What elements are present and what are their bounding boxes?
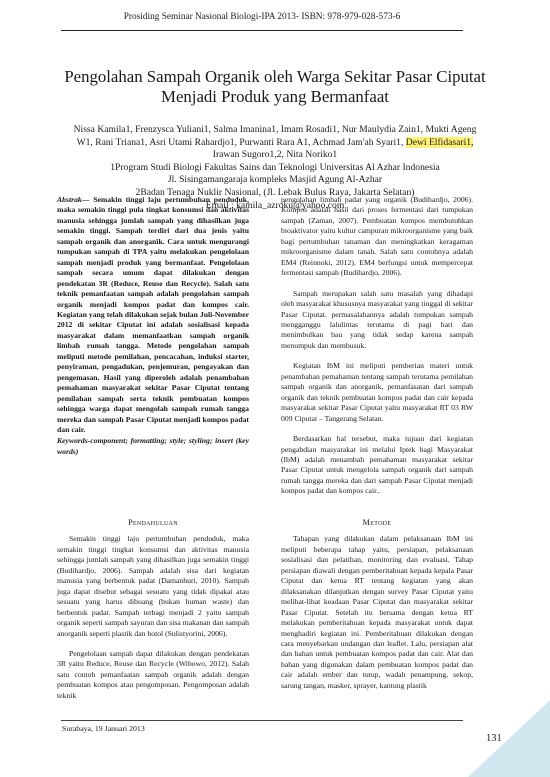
paragraph: Kegiatan IbM ini meliputi pemberian mate… [281,361,473,424]
paragraph: Sampah merupakan salah satu masalah yang… [281,289,473,352]
affiliation-1: 1Program Studi Biologi Fakultas Sains da… [66,162,484,175]
intro-column-top: pengolahan limbah padat yang organik (Bu… [281,195,473,497]
keywords: Keywords-component; formatting; style; s… [57,436,249,457]
section-heading-metode: Metode [281,518,473,528]
paragraph: Pengelolaan sampah dapat dilakukan denga… [57,649,249,701]
paragraph: Tahapan yang dilakukan dalam pelaksanaan… [281,534,473,691]
authors-text-end: Irawan Sugoro1,2, Nita Noriko1 [213,149,337,160]
section-metode: Metode Tahapan yang dilakukan dalam pela… [281,518,473,691]
section-pendahuluan: Pendahuluan Semakin tinggi laju pertumbu… [57,518,249,701]
running-head: Prosiding Seminar Nasional Biologi-IPA 2… [61,12,463,23]
footer-place-date: Surabaya, 19 Januari 2013 [62,724,145,733]
abstract-column: Abstrak— Semakin tinggi laju pertumbuhan… [57,195,249,457]
abstract-label: Abstrak— [57,195,89,204]
header-rule [61,30,463,31]
section-heading-pendahuluan: Pendahuluan [57,518,249,528]
corner-decoration [468,700,550,777]
highlighted-author: Dewi Elfidasari1, [406,137,474,148]
affiliation-address: Jl. Sisingamangaraja kompleks Masjid Agu… [66,174,484,187]
footer-rule [61,720,463,721]
paragraph: Berdasarkan hal tersebut, maka tujuan da… [281,434,473,497]
paragraph: Semakin tinggi laju pertumbuhan penduduk… [57,534,249,639]
paragraph: pengolahan limbah padat yang organik (Bu… [281,195,473,279]
page-number: 131 [486,733,502,744]
paper-title: Pengolahan Sampah Organik oleh Warga Sek… [60,67,490,107]
abstract: Abstrak— Semakin tinggi laju pertumbuhan… [57,195,249,435]
author-list: Nissa Kamila1, Frenzysca Yuliani1, Salma… [66,124,484,162]
abstract-text: Semakin tinggi laju pertumbuhan penduduk… [57,195,249,434]
